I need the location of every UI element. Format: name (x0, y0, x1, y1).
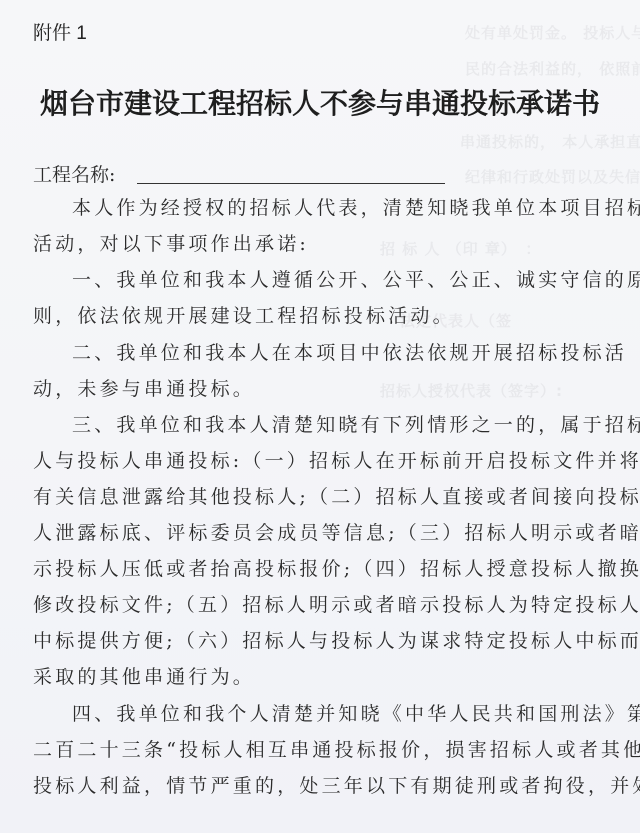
body-line: 人泄露标底、评标委员会成员等信息;（三）招标人明示或者暗 (33, 521, 613, 545)
body-line: 本人作为经授权的招标人代表，清楚知晓我单位本项目招标 (72, 196, 613, 220)
document-page: 处有单处罚金。 投标人与招标人串通投标， 损害国家、集体 民的合法利益的， 依照… (0, 0, 640, 833)
show-through-text: 串通投标的， 本人承担直接责任人员法律责任， 接受相应刑事 (460, 131, 640, 152)
show-through-text: 纪律和行政处罚以及失信惩戒。 (465, 166, 640, 187)
body-line: 四、我单位和我个人清楚并知晓《中华人民共和国刑法》第 (72, 702, 613, 726)
body-line: 则，依法依规开展建设工程招标投标活动。 (33, 304, 613, 328)
show-through-text: 处有单处罚金。 投标人与招标人串通投标， 损害国家、集体 (465, 22, 640, 43)
attachment-label: 附件 1 (33, 18, 87, 45)
project-name-field: 工程名称: (33, 160, 115, 187)
body-line: 三、我单位和我本人清楚知晓有下列情形之一的，属于招标 (72, 413, 613, 437)
project-name-blank[interactable] (137, 183, 445, 184)
body-line: 投标人利益，情节严重的，处三年以下有期徒刑或者拘役，并处 (33, 774, 613, 798)
body-line: 示投标人压低或者抬高投标报价;（四）招标人授意投标人撤换、 (33, 557, 613, 581)
body-line: 活动，对以下事项作出承诺: (33, 232, 613, 256)
body-line: 二、我单位和我本人在本项目中依法依规开展招标投标活 (72, 341, 613, 365)
body-line: 人与投标人串通投标:（一）招标人在开标前开启投标文件并将 (33, 449, 613, 473)
body-line: 动，未参与串通投标。 (33, 377, 613, 401)
body-line: 采取的其他串通行为。 (33, 665, 613, 689)
project-name-label: 工程名称: (33, 160, 115, 187)
body-line: 有关信息泄露给其他投标人;（二）招标人直接或者间接向投标 (33, 485, 613, 509)
document-title: 烟台市建设工程招标人不参与串通投标承诺书 (0, 82, 640, 122)
body-line: 中标提供方便;（六）招标人与投标人为谋求特定投标人中标而 (33, 629, 613, 653)
body-line: 二百二十三条“投标人相互串通投标报价，损害招标人或者其他 (33, 738, 613, 762)
body-line: 一、我单位和我本人遵循公开、公平、公正、诚实守信的原 (72, 268, 613, 292)
show-through-text: 民的合法利益的， 依照前款的规定处罚” 的规定。 (465, 58, 640, 79)
body-line: 修改投标文件;（五）招标人明示或者暗示投标人为特定投标人 (33, 593, 613, 617)
